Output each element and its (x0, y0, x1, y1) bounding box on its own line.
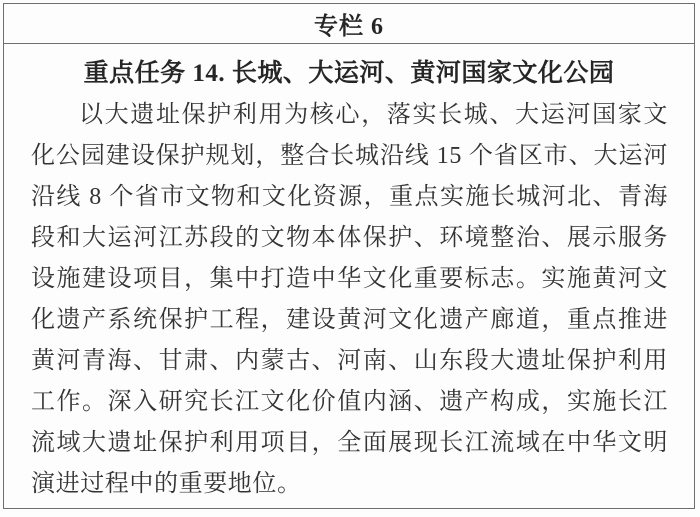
document-page: 专栏 6 重点任务 14. 长城、大运河、黄河国家文化公园 以大遗址保护利用为核… (0, 0, 700, 517)
column-box-panel: 专栏 6 重点任务 14. 长城、大运河、黄河国家文化公园 以大遗址保护利用为核… (3, 3, 695, 509)
body-paragraph: 以大遗址保护利用为核心，落实长城、大运河国家文化公园建设保护规划，整合长城沿线 … (31, 95, 668, 505)
panel-title: 专栏 6 (314, 6, 384, 41)
panel-header: 专栏 6 (4, 4, 694, 44)
task-heading: 重点任务 14. 长城、大运河、黄河国家文化公园 (24, 53, 674, 89)
